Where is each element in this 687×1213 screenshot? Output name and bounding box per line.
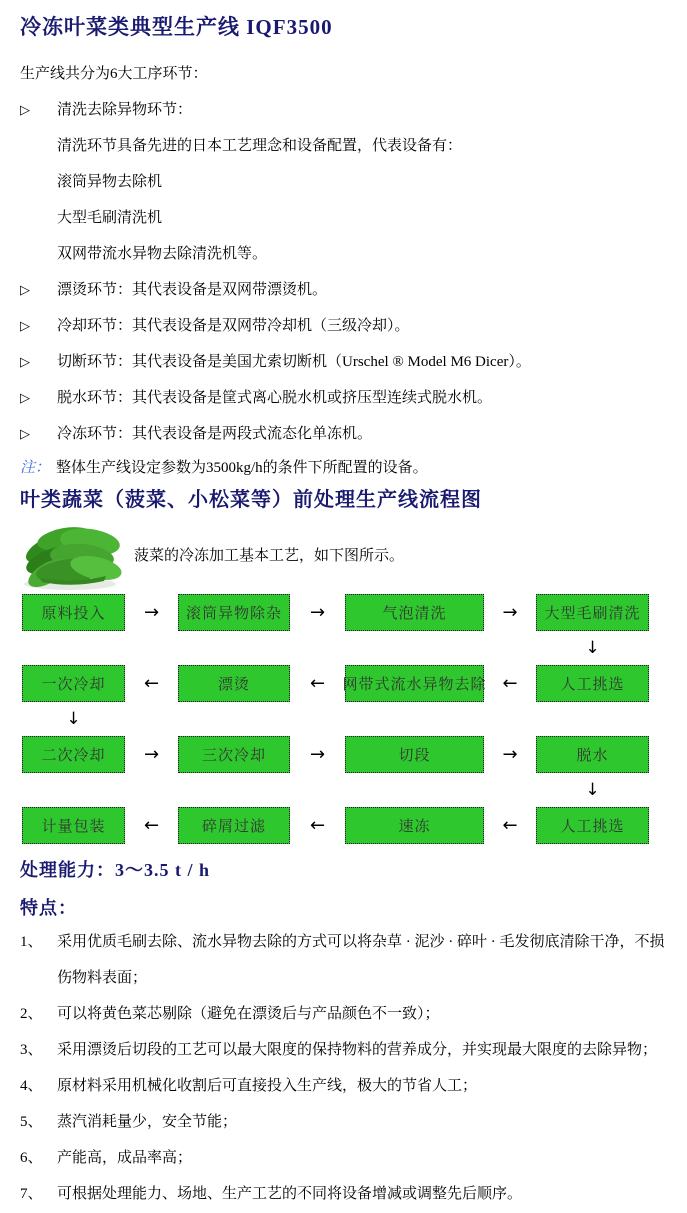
bullet-item-cutting: ▷ 切断环节：其代表设备是美国尤索切断机（Urschel ® Model M6 … <box>20 344 667 380</box>
arrow-left-icon: ← <box>125 807 178 844</box>
feature-item: 6、 产能高，成品率高； <box>20 1140 667 1176</box>
feature-text: 采用漂烫后切段的工艺可以最大限度的保持物料的营养成分，并实现最大限度的去除异物； <box>57 1032 667 1068</box>
bullet-item-cooling: ▷ 冷却环节：其代表设备是双网带冷却机（三级冷却）。 <box>20 308 667 344</box>
flow-box-third-cooling: 三次冷却 <box>178 736 290 773</box>
feature-item: 1、 采用优质毛刷去除、流水异物去除的方式可以将杂草 · 泥沙 · 碎叶 · 毛… <box>20 924 667 996</box>
flowchart: 原料投入 → 滚筒异物除杂 → 气泡清洗 → 大型毛刷清洗 ↓ 一次冷却 ← 漂… <box>22 594 667 844</box>
arrow-right-icon: → <box>290 594 345 631</box>
arrow-right-icon: → <box>125 736 178 773</box>
feature-number: 7、 <box>20 1176 57 1212</box>
feature-number: 6、 <box>20 1140 57 1176</box>
flow-box-drum-debris-removal: 滚筒异物除杂 <box>178 594 290 631</box>
flow-box-brush-washing: 大型毛刷清洗 <box>536 594 649 631</box>
spinach-photo <box>20 518 126 591</box>
arrow-down-icon: ↓ <box>536 631 649 665</box>
feature-text: 可以将黄色菜芯剔除（避免在漂烫后与产品颜色不一致）； <box>57 996 667 1032</box>
arrow-down-icon: ↓ <box>22 702 125 736</box>
section-heading: 叶类蔬菜（菠菜、小松菜等）前处理生产线流程图 <box>20 484 667 516</box>
feature-number: 4、 <box>20 1068 57 1104</box>
bullet-item-freezing: ▷ 冷冻环节：其代表设备是两段式流态化单冻机。 <box>20 416 667 452</box>
features-heading: 特点： <box>20 892 667 924</box>
arrow-down-icon: ↓ <box>536 773 649 807</box>
bullet-item-dewatering: ▷ 脱水环节：其代表设备是筐式离心脱水机或挤压型连续式脱水机。 <box>20 380 667 416</box>
flow-box-dewatering: 脱水 <box>536 736 649 773</box>
flow-box-quick-freezing: 速冻 <box>345 807 484 844</box>
triangle-bullet-icon: ▷ <box>20 308 57 344</box>
feature-text: 可根据处理能力、场地、生产工艺的不同将设备增减或调整先后顺序。 <box>57 1176 667 1212</box>
arrow-right-icon: → <box>484 736 536 773</box>
note-prefix: 注： <box>20 460 50 476</box>
feature-item: 7、 可根据处理能力、场地、生产工艺的不同将设备增减或调整先后顺序。 <box>20 1176 667 1212</box>
cleaning-intro: 清洗环节具备先进的日本工艺理念和设备配置，代表设备有： <box>57 128 667 164</box>
note-text: 整体生产线设定参数为3500kg/h的条件下所配置的设备。 <box>56 460 428 476</box>
arrow-right-icon: → <box>125 594 178 631</box>
triangle-bullet-icon: ▷ <box>20 92 57 128</box>
spinach-row: 菠菜的冷冻加工基本工艺，如下图所示。 <box>20 516 667 592</box>
flow-box-manual-sorting: 人工挑选 <box>536 665 649 702</box>
triangle-bullet-icon: ▷ <box>20 344 57 380</box>
capacity-heading: 处理能力：3～3.5 t / h <box>20 854 667 886</box>
flow-box-weighing-packing: 计量包装 <box>22 807 125 844</box>
arrow-left-icon: ← <box>125 665 178 702</box>
arrow-left-icon: ← <box>484 665 536 702</box>
bullet-label: 冷冻环节：其代表设备是两段式流态化单冻机。 <box>57 416 372 452</box>
bullet-label: 漂烫环节：其代表设备是双网带漂烫机。 <box>57 272 327 308</box>
arrow-right-icon: → <box>290 736 345 773</box>
page-title: 冷冻叶菜类典型生产线 IQF3500 <box>20 14 667 40</box>
triangle-bullet-icon: ▷ <box>20 380 57 416</box>
feature-text: 蒸汽消耗量少，安全节能； <box>57 1104 667 1140</box>
bullet-item-blanching: ▷ 漂烫环节：其代表设备是双网带漂烫机。 <box>20 272 667 308</box>
feature-text: 采用优质毛刷去除、流水异物去除的方式可以将杂草 · 泥沙 · 碎叶 · 毛发彻底… <box>57 924 667 996</box>
note-line: 注：整体生产线设定参数为3500kg/h的条件下所配置的设备。 <box>20 452 667 484</box>
triangle-bullet-icon: ▷ <box>20 416 57 452</box>
feature-number: 1、 <box>20 924 57 960</box>
flow-box-bubble-washing: 气泡清洗 <box>345 594 484 631</box>
bullet-label: 冷却环节：其代表设备是双网带冷却机（三级冷却）。 <box>57 308 410 344</box>
feature-text: 产能高，成品率高； <box>57 1140 667 1176</box>
equipment-item: 滚筒异物去除机 <box>57 164 667 200</box>
flow-box-manual-sorting: 人工挑选 <box>536 807 649 844</box>
feature-item: 3、 采用漂烫后切段的工艺可以最大限度的保持物料的营养成分，并实现最大限度的去除… <box>20 1032 667 1068</box>
flow-box-raw-material: 原料投入 <box>22 594 125 631</box>
arrow-left-icon: ← <box>290 665 345 702</box>
flow-box-first-cooling: 一次冷却 <box>22 665 125 702</box>
feature-item: 4、 原材料采用机械化收割后可直接投入生产线，极大的节省人工； <box>20 1068 667 1104</box>
arrow-right-icon: → <box>484 594 536 631</box>
flow-caption: 菠菜的冷冻加工基本工艺，如下图所示。 <box>134 544 404 565</box>
feature-item: 5、 蒸汽消耗量少，安全节能； <box>20 1104 667 1140</box>
bullet-label: 脱水环节：其代表设备是筐式离心脱水机或挤压型连续式脱水机。 <box>57 380 492 416</box>
flow-box-blanching: 漂烫 <box>178 665 290 702</box>
feature-text: 原材料采用机械化收割后可直接投入生产线，极大的节省人工； <box>57 1068 667 1104</box>
flow-box-debris-filtering: 碎屑过滤 <box>178 807 290 844</box>
flow-box-second-cooling: 二次冷却 <box>22 736 125 773</box>
feature-item: 2、 可以将黄色菜芯剔除（避免在漂烫后与产品颜色不一致）； <box>20 996 667 1032</box>
feature-number: 3、 <box>20 1032 57 1068</box>
flow-box-belt-flowing-water-debris-removal: 网带式流水异物去除 <box>345 665 484 702</box>
bullet-item-cleaning: ▷ 清洗去除异物环节： <box>20 92 667 128</box>
arrow-left-icon: ← <box>484 807 536 844</box>
feature-number: 5、 <box>20 1104 57 1140</box>
equipment-item: 双网带流水异物去除清洗机等。 <box>57 236 667 272</box>
bullet-label: 清洗去除异物环节： <box>57 92 192 128</box>
intro-text: 生产线共分为6大工序环节： <box>20 56 667 92</box>
document-page: 冷冻叶菜类典型生产线 IQF3500 生产线共分为6大工序环节： ▷ 清洗去除异… <box>0 0 687 1213</box>
bullet-label: 切断环节：其代表设备是美国尤索切断机（Urschel ® Model M6 Di… <box>57 344 531 380</box>
triangle-bullet-icon: ▷ <box>20 272 57 308</box>
equipment-item: 大型毛刷清洗机 <box>57 200 667 236</box>
arrow-left-icon: ← <box>290 807 345 844</box>
flow-box-cutting: 切段 <box>345 736 484 773</box>
feature-number: 2、 <box>20 996 57 1032</box>
